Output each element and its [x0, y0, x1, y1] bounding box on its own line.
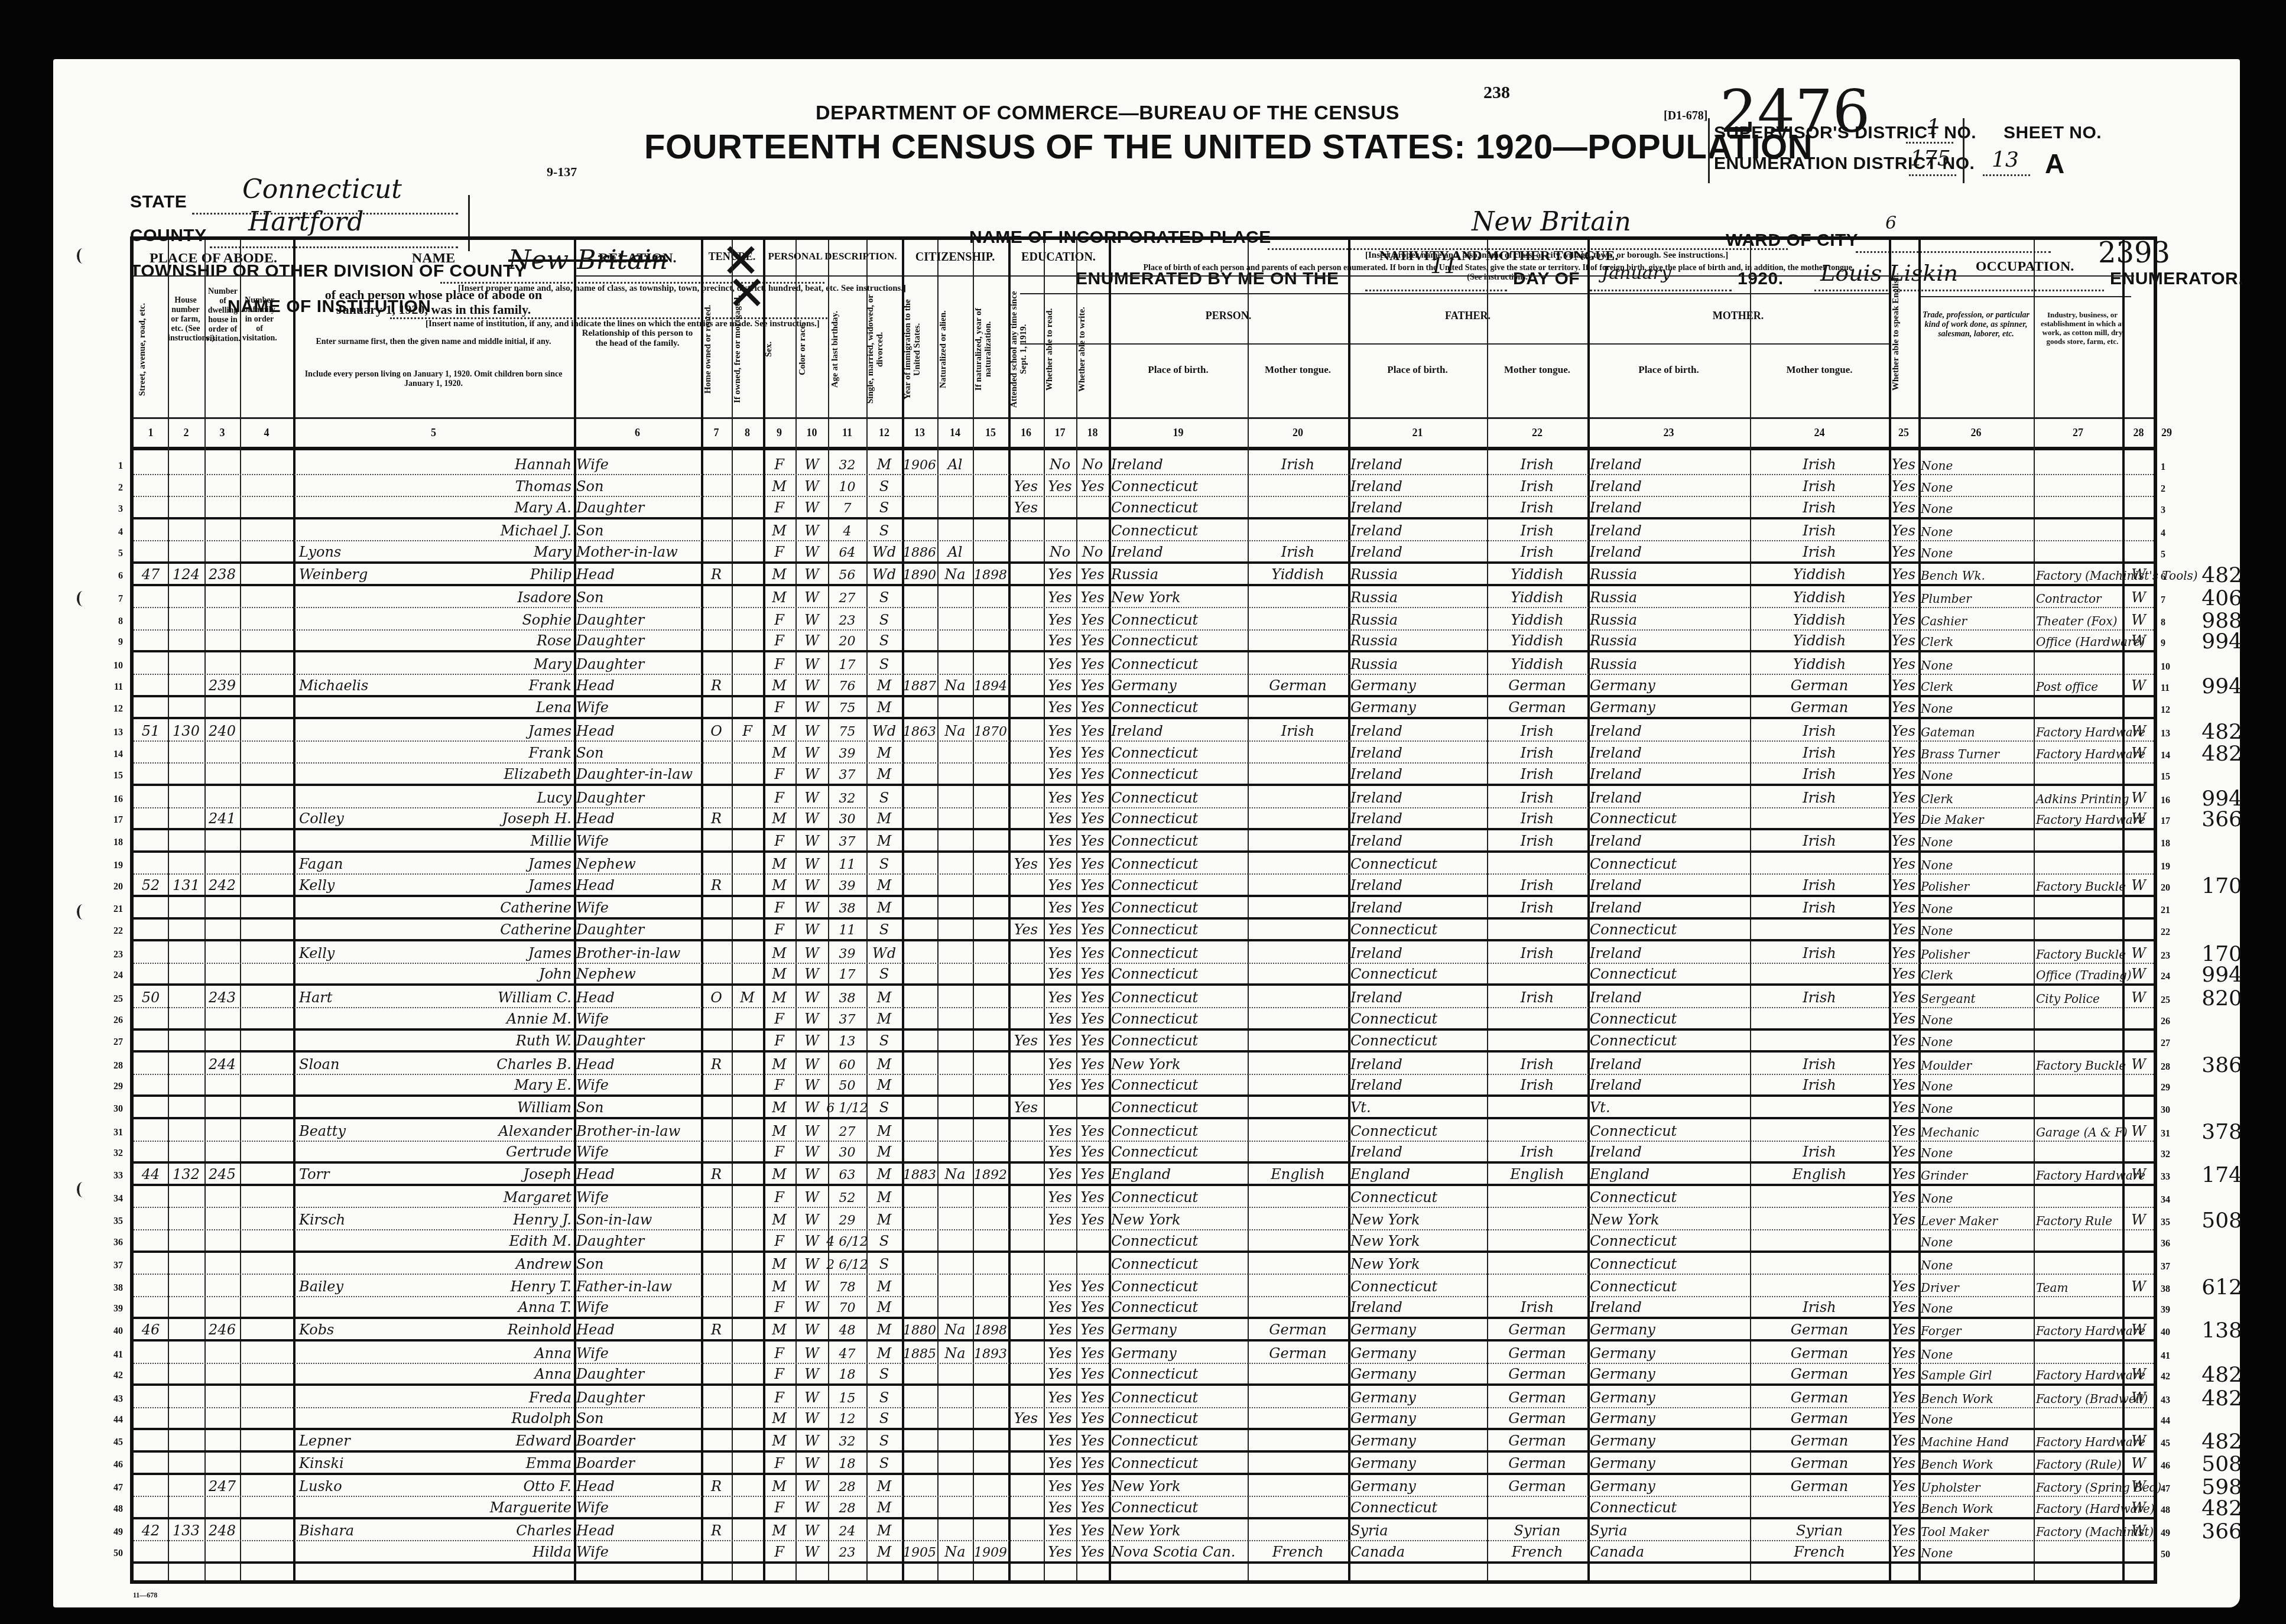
cell-race: W	[798, 1008, 826, 1028]
cell-sex: F	[765, 1297, 793, 1317]
cell-trade: Bench Work	[1921, 1453, 2031, 1473]
cell-f-tongue: Irish	[1489, 475, 1585, 496]
cell-house	[170, 497, 202, 517]
cell-family	[242, 897, 291, 917]
cell-nat	[940, 586, 970, 608]
cell-surname	[296, 1408, 427, 1428]
cell-f-pob: Connecticut	[1350, 853, 1485, 874]
margin-occupation-code: 482	[2201, 1496, 2242, 1521]
cell-nat: Na	[940, 1164, 970, 1184]
cell-street	[136, 808, 165, 829]
cell-sex: M	[765, 1053, 793, 1074]
cell-surname	[296, 1253, 427, 1274]
cell-f-tongue: Irish	[1489, 719, 1585, 740]
cell-home	[703, 1453, 729, 1473]
cell-family	[242, 564, 291, 584]
cell-write: Yes	[1079, 986, 1106, 1007]
cell-trade: Mechanic	[1921, 1119, 2031, 1141]
line-number-right: 38	[2161, 1284, 2184, 1295]
department-title: DEPARTMENT OF COMMERCE—BUREAU OF THE CEN…	[816, 102, 1399, 125]
line-number-right: 7	[2161, 595, 2184, 606]
group-personal-description: Personal Description.	[763, 251, 902, 262]
cell-tongue	[1250, 1119, 1346, 1141]
header-mother-tongue: Mother tongue.	[1750, 364, 1889, 376]
cell-tongue	[1250, 941, 1346, 963]
cell-f-tongue	[1489, 1208, 1585, 1229]
cell-relation: Son	[576, 475, 699, 496]
cell-race: W	[798, 1208, 826, 1229]
cell-m-tongue: German	[1752, 1386, 1886, 1407]
cell-read: Yes	[1046, 1164, 1074, 1184]
cell-f-pob: Ireland	[1350, 764, 1485, 784]
cell-surname: Lusko	[296, 1475, 427, 1496]
cell-f-tongue: Irish	[1489, 519, 1585, 541]
cell-home	[703, 519, 729, 541]
cell-natyear	[975, 964, 1006, 984]
cell-nat	[940, 608, 970, 629]
cell-pob: Connecticut	[1111, 742, 1245, 763]
cell-school	[1011, 719, 1041, 740]
cell-given: Edward	[431, 1430, 571, 1450]
cell-race: W	[798, 675, 826, 695]
cell-f-pob: Russia	[1350, 631, 1485, 651]
cell-emp	[2125, 1541, 2152, 1561]
cell-street	[136, 1408, 165, 1428]
cell-relation: Son	[576, 742, 699, 763]
group-occupation: Occupation.	[1918, 259, 2131, 275]
cell-m-pob: Germany	[1590, 1364, 1748, 1384]
cell-dwelling: 242	[207, 875, 238, 895]
cell-surname	[296, 920, 427, 940]
cell-f-tongue	[1489, 920, 1585, 940]
cell-immig: 1887	[904, 675, 935, 695]
cell-pob: Nova Scotia Can.	[1111, 1541, 1245, 1561]
cell-f-tongue: German	[1489, 1364, 1585, 1384]
cell-tongue: Irish	[1250, 541, 1346, 561]
line-number-left: 10	[93, 661, 123, 671]
cell-street: 47	[136, 564, 165, 584]
cell-home	[703, 1541, 729, 1561]
cell-read: Yes	[1046, 1208, 1074, 1229]
cell-relation: Son	[576, 1097, 699, 1117]
cell-family	[242, 1453, 291, 1473]
cell-owned	[734, 675, 761, 695]
cell-natyear	[975, 941, 1006, 963]
cell-emp: W	[2125, 1275, 2152, 1296]
cell-given: Hilda	[431, 1541, 571, 1561]
cell-street	[136, 1186, 165, 1207]
cell-write: Yes	[1079, 475, 1106, 496]
cell-natyear	[975, 1497, 1006, 1517]
cell-given: Charles B.	[431, 1053, 571, 1074]
cell-f-pob: Connecticut	[1350, 964, 1485, 984]
cell-age: 56	[830, 564, 864, 584]
cell-house	[170, 1142, 202, 1162]
cell-marital: M	[869, 897, 900, 917]
margin-occupation-code: 508	[2201, 1209, 2242, 1233]
cell-marital: M	[869, 1475, 900, 1496]
cell-owned	[734, 764, 761, 784]
cell-given: Mary E.	[431, 1075, 571, 1095]
cell-marital: M	[869, 1319, 900, 1339]
cell-marital: Wd	[869, 719, 900, 740]
cell-school	[1011, 830, 1041, 850]
cell-given: Reinhold	[431, 1319, 571, 1339]
cell-nat	[940, 697, 970, 717]
cell-industry	[2036, 1097, 2120, 1117]
cell-dwelling	[207, 1097, 238, 1117]
line-number-right: 12	[2161, 705, 2184, 716]
cell-tongue	[1250, 1053, 1346, 1074]
cell-f-pob: Ireland	[1350, 1053, 1485, 1074]
cell-surname	[296, 1386, 427, 1407]
group-name: Name	[293, 251, 574, 267]
table-row: 42AnnaDaughterFW18SYesYesConnecticutGerm…	[134, 1364, 2154, 1386]
header-color: Color or race.	[798, 287, 822, 411]
column-number: 28	[2122, 427, 2155, 439]
cell-f-tongue: Irish	[1489, 1053, 1585, 1074]
cell-dwelling	[207, 1430, 238, 1450]
cell-race: W	[798, 1097, 826, 1117]
cell-f-pob: Ireland	[1350, 808, 1485, 829]
cell-english: Yes	[1891, 808, 1916, 829]
cell-f-pob: Germany	[1350, 1319, 1485, 1339]
cell-age: 28	[830, 1475, 864, 1496]
cell-trade: Tool Maker	[1921, 1519, 2031, 1541]
cell-m-pob: Connecticut	[1590, 920, 1748, 940]
cell-immig	[904, 941, 935, 963]
cell-m-tongue: Irish	[1752, 475, 1886, 496]
cell-dwelling	[207, 1497, 238, 1517]
cell-industry	[2036, 497, 2120, 517]
cell-write: Yes	[1079, 964, 1106, 984]
cell-immig	[904, 1142, 935, 1162]
cell-house	[170, 1497, 202, 1517]
cell-m-pob: Ireland	[1590, 897, 1748, 917]
cell-pob: England	[1111, 1164, 1245, 1184]
cell-f-tongue	[1489, 1230, 1585, 1251]
cell-english: Yes	[1891, 519, 1916, 541]
cell-owned	[734, 1497, 761, 1517]
cell-english: Yes	[1891, 986, 1916, 1007]
cell-trade: None	[1921, 475, 2031, 496]
cell-trade: Bench Work	[1921, 1497, 2031, 1517]
cell-home	[703, 652, 729, 674]
cell-surname: Sloan	[296, 1053, 427, 1074]
cell-trade: Clerk	[1921, 786, 2031, 807]
cell-surname	[296, 1342, 427, 1363]
line-number-right: 44	[2161, 1416, 2184, 1427]
cell-marital: S	[869, 608, 900, 629]
cell-family	[242, 1386, 291, 1407]
cell-trade: None	[1921, 519, 2031, 541]
cell-immig	[904, 1031, 935, 1051]
cell-f-pob: Ireland	[1350, 519, 1485, 541]
cell-dwelling	[207, 1453, 238, 1473]
cell-read: Yes	[1046, 1497, 1074, 1517]
cell-family	[242, 1541, 291, 1561]
cell-street	[136, 964, 165, 984]
cell-f-pob: Germany	[1350, 1364, 1485, 1384]
cell-home	[703, 475, 729, 496]
cell-natyear	[975, 853, 1006, 874]
cell-family	[242, 1475, 291, 1496]
cell-f-pob: Connecticut	[1350, 1031, 1485, 1051]
cell-home	[703, 541, 729, 561]
cell-english: Yes	[1891, 697, 1916, 717]
cell-relation: Head	[576, 1475, 699, 1496]
cell-home	[703, 1097, 729, 1117]
cell-pob: Connecticut	[1111, 1230, 1245, 1251]
cell-immig: 1886	[904, 541, 935, 561]
cell-industry: Factory Hardware	[2036, 1364, 2120, 1384]
cell-sex: F	[765, 608, 793, 629]
cell-trade: None	[1921, 652, 2031, 674]
cell-emp	[2125, 1186, 2152, 1207]
cell-marital: Wd	[869, 541, 900, 561]
cell-street	[136, 541, 165, 561]
cell-family	[242, 453, 291, 474]
cell-trade: Clerk	[1921, 631, 2031, 651]
cell-emp	[2125, 920, 2152, 940]
cell-dwelling	[207, 1230, 238, 1251]
cell-tongue	[1250, 1519, 1346, 1541]
cell-age: 47	[830, 1342, 864, 1363]
cell-street	[136, 1075, 165, 1095]
header-marital: Single, married, widowed, or divorced.	[866, 287, 899, 411]
cell-emp: W	[2125, 608, 2152, 629]
cell-immig	[904, 897, 935, 917]
cell-age: 48	[830, 1319, 864, 1339]
cell-emp	[2125, 1031, 2152, 1051]
cell-write	[1079, 1097, 1106, 1117]
cell-write: Yes	[1079, 675, 1106, 695]
cell-surname	[296, 964, 427, 984]
cell-m-pob: Ireland	[1590, 830, 1748, 850]
cell-read: Yes	[1046, 830, 1074, 850]
line-number-left: 34	[93, 1194, 123, 1204]
cell-trade: None	[1921, 1075, 2031, 1095]
cell-marital: M	[869, 1142, 900, 1162]
cell-surname	[296, 719, 427, 740]
cell-age: 30	[830, 1142, 864, 1162]
cell-age: 18	[830, 1453, 864, 1473]
table-row: 9RoseDaughterFW20SYesYesConnecticutRussi…	[134, 631, 2154, 653]
cell-m-tongue: Irish	[1752, 830, 1886, 850]
cell-read	[1046, 519, 1074, 541]
group-relation: Relation.	[574, 251, 701, 267]
header-rule	[1918, 296, 2131, 297]
cell-natyear	[975, 1186, 1006, 1207]
cell-tongue	[1250, 1275, 1346, 1296]
cell-pob: Connecticut	[1111, 1031, 1245, 1051]
cell-immig	[904, 1297, 935, 1317]
cell-age: 13	[830, 1031, 864, 1051]
cell-school	[1011, 1208, 1041, 1229]
cell-sex: F	[765, 1031, 793, 1051]
cell-surname	[296, 697, 427, 717]
cell-school	[1011, 1119, 1041, 1141]
cell-street	[136, 1497, 165, 1517]
line-number-left: 45	[93, 1437, 123, 1448]
cell-emp	[2125, 1008, 2152, 1028]
cell-immig	[904, 830, 935, 850]
cell-natyear: 1909	[975, 1541, 1006, 1561]
cell-race: W	[798, 830, 826, 850]
header-write: Whether able to write.	[1078, 287, 1108, 411]
cell-f-tongue: Yiddish	[1489, 608, 1585, 629]
cell-f-pob: Germany	[1350, 1453, 1485, 1473]
cell-tongue: Irish	[1250, 719, 1346, 740]
cell-house	[170, 786, 202, 807]
cell-dwelling	[207, 742, 238, 763]
cell-sex: M	[765, 1475, 793, 1496]
cell-m-tongue: Irish	[1752, 875, 1886, 895]
cell-read: Yes	[1046, 1053, 1074, 1074]
cell-school	[1011, 1053, 1041, 1074]
cell-write: Yes	[1079, 586, 1106, 608]
cell-sex: M	[765, 586, 793, 608]
cell-age: 38	[830, 897, 864, 917]
cell-age: 39	[830, 742, 864, 763]
cell-sex: M	[765, 941, 793, 963]
cell-given: William C.	[431, 986, 571, 1007]
cell-f-tongue: Irish	[1489, 875, 1585, 895]
cell-f-pob: Ireland	[1350, 497, 1485, 517]
cell-dwelling	[207, 853, 238, 874]
group-person: Person.	[1109, 310, 1348, 322]
cell-write: Yes	[1079, 1319, 1106, 1339]
cell-relation: Wife	[576, 1497, 699, 1517]
cell-marital: M	[869, 675, 900, 695]
cell-house	[170, 652, 202, 674]
line-number-left: 46	[93, 1460, 123, 1470]
cell-school	[1011, 941, 1041, 963]
cell-owned	[734, 941, 761, 963]
cell-owned	[734, 830, 761, 850]
cell-race: W	[798, 941, 826, 963]
cell-immig	[904, 1275, 935, 1296]
cell-f-tongue	[1489, 1275, 1585, 1296]
cell-sex: M	[765, 875, 793, 895]
header-street: Street, avenue, road, etc.	[138, 287, 162, 411]
cell-dwelling	[207, 964, 238, 984]
cell-marital: S	[869, 519, 900, 541]
cell-industry: Factory Buckle	[2036, 875, 2120, 895]
cell-english: Yes	[1891, 475, 1916, 496]
cell-immig: 1863	[904, 719, 935, 740]
cell-industry: Post office	[2036, 675, 2120, 695]
cell-write: Yes	[1079, 631, 1106, 651]
cell-english: Yes	[1891, 853, 1916, 874]
cell-english: Yes	[1891, 453, 1916, 474]
cell-m-pob: Connecticut	[1590, 1031, 1748, 1051]
column-number: 13	[902, 427, 937, 439]
cell-sex: F	[765, 652, 793, 674]
cell-english: Yes	[1891, 1164, 1916, 1184]
cell-race: W	[798, 631, 826, 651]
cell-given: Rose	[431, 631, 571, 651]
cell-house	[170, 697, 202, 717]
cell-emp: W	[2125, 1164, 2152, 1184]
cell-relation: Son	[576, 1408, 699, 1428]
cell-immig	[904, 697, 935, 717]
line-number-right: 15	[2161, 772, 2184, 782]
cell-emp: W	[2125, 1119, 2152, 1141]
cell-tongue: Yiddish	[1250, 564, 1346, 584]
cell-write: Yes	[1079, 1297, 1106, 1317]
cell-home	[703, 964, 729, 984]
line-number-right: 42	[2161, 1372, 2184, 1382]
cell-house	[170, 519, 202, 541]
cell-family	[242, 1230, 291, 1251]
state-value: Connecticut	[242, 174, 402, 204]
cell-race: W	[798, 1319, 826, 1339]
cell-owned	[734, 1053, 761, 1074]
cell-nat	[940, 1186, 970, 1207]
cell-industry: Garage (A & F)	[2036, 1119, 2120, 1141]
cell-read: Yes	[1046, 964, 1074, 984]
cell-relation: Nephew	[576, 964, 699, 984]
cell-f-pob: New York	[1350, 1208, 1485, 1229]
cell-owned	[734, 1031, 761, 1051]
cell-school	[1011, 1541, 1041, 1561]
table-row: 15ElizabethDaughter-in-lawFW37MYesYesCon…	[134, 764, 2154, 786]
column-number: 18	[1076, 427, 1109, 439]
cell-family	[242, 719, 291, 740]
cell-industry	[2036, 1075, 2120, 1095]
cell-owned	[734, 519, 761, 541]
cell-f-pob: Russia	[1350, 608, 1485, 629]
cell-house	[170, 1097, 202, 1117]
cell-read: Yes	[1046, 1075, 1074, 1095]
cell-m-pob: Ireland	[1590, 1075, 1748, 1095]
cell-f-pob: Ireland	[1350, 941, 1485, 963]
cell-relation: Wife	[576, 1541, 699, 1561]
cell-relation: Wife	[576, 1342, 699, 1363]
table-row: 35KirschHenry J.Son-in-lawMW29MYesYesNew…	[134, 1208, 2154, 1230]
cell-english: Yes	[1891, 1541, 1916, 1561]
sheet-label: Sheet No.	[2004, 123, 2102, 143]
cell-m-tongue: Irish	[1752, 1053, 1886, 1074]
cell-relation: Wife	[576, 897, 699, 917]
table-row: 19FaganJamesNephewMW11SYesYesYesConnecti…	[134, 853, 2154, 875]
cell-emp: W	[2125, 631, 2152, 651]
cell-write: Yes	[1079, 1164, 1106, 1184]
cell-emp	[2125, 519, 2152, 541]
cell-pob: Connecticut	[1111, 1453, 1245, 1473]
cell-industry: Factory Hardware	[2036, 808, 2120, 829]
cell-surname	[296, 1364, 427, 1384]
cell-marital: M	[869, 1186, 900, 1207]
cell-sex: F	[765, 1364, 793, 1384]
cell-english: Yes	[1891, 1297, 1916, 1317]
cell-read: Yes	[1046, 1453, 1074, 1473]
cell-english: Yes	[1891, 920, 1916, 940]
cell-age: 50	[830, 1075, 864, 1095]
cell-m-pob: Connecticut	[1590, 1253, 1748, 1274]
cell-home	[703, 1208, 729, 1229]
cell-natyear	[975, 453, 1006, 474]
cell-given: Henry T.	[431, 1275, 571, 1296]
cell-emp: W	[2125, 964, 2152, 984]
cell-marital: S	[869, 1031, 900, 1051]
cell-owned	[734, 897, 761, 917]
cell-home	[703, 631, 729, 651]
cell-race: W	[798, 475, 826, 496]
cell-house: 133	[170, 1519, 202, 1541]
cell-trade: Moulder	[1921, 1053, 2031, 1074]
